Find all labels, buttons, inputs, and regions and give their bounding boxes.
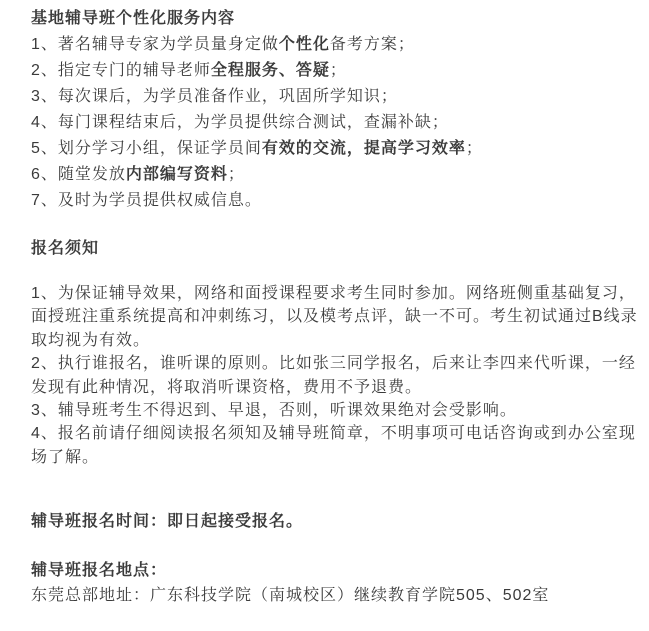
service-item-6-text: 6、随堂发放 — [31, 166, 126, 183]
service-item-4-text: 4、每门课程结束后，为学员提供综合测试，查漏补缺； — [31, 114, 449, 131]
service-item-3: 3、每次课后，为学员准备作业，巩固所学知识； — [31, 84, 639, 110]
service-item-5: 5、划分学习小组，保证学员间有效的交流，提高学习效率； — [31, 136, 639, 162]
signup-location-address: 东莞总部地址：广东科技学院（南城校区）继续教育学院505、502室 — [31, 584, 639, 607]
service-item-6-tail: ； — [228, 166, 245, 183]
notice-line-2: 面授班注重系统提高和冲刺练习，以及模考点评，缺一不可。考生初试通过B线录 — [31, 305, 639, 328]
service-section-title: 基地辅导班个性化服务内容 — [31, 6, 639, 32]
notice-section: 报名须知 1、为保证辅导效果，网络和面授课程要求考生同时参加。网络班侧重基础复习… — [31, 236, 639, 469]
notice-line-6: 3、辅导班考生不得迟到、早退，否则，听课效果绝对会受影响。 — [31, 399, 639, 422]
notice-line-1: 1、为保证辅导效果，网络和面授课程要求考生同时参加。网络班侧重基础复习， — [31, 282, 639, 305]
service-item-7-text: 7、及时为学员提供权威信息。 — [31, 192, 262, 209]
service-section: 基地辅导班个性化服务内容 1、著名辅导专家为学员量身定做个性化备考方案； 2、指… — [31, 6, 639, 214]
notice-line-7: 4、报名前请仔细阅读报名须知及辅导班简章，不明事项可电话咨询或到办公室现 — [31, 422, 639, 445]
signup-location-title: 辅导班报名地点： — [31, 558, 639, 584]
service-item-1: 1、著名辅导专家为学员量身定做个性化备考方案； — [31, 32, 639, 58]
service-item-3-text: 3、每次课后，为学员准备作业，巩固所学知识； — [31, 88, 398, 105]
notice-line-8: 场了解。 — [31, 446, 639, 469]
service-item-7: 7、及时为学员提供权威信息。 — [31, 188, 639, 214]
article-page: 基地辅导班个性化服务内容 1、著名辅导专家为学员量身定做个性化备考方案； 2、指… — [0, 0, 649, 631]
service-item-5-tail: ； — [466, 140, 483, 157]
service-item-2: 2、指定专门的辅导老师全程服务、答疑； — [31, 58, 639, 84]
service-item-1-tail: 备考方案； — [330, 36, 415, 53]
notice-body: 1、为保证辅导效果，网络和面授课程要求考生同时参加。网络班侧重基础复习， 面授班… — [31, 282, 639, 469]
service-item-1-bold: 个性化 — [279, 36, 330, 53]
service-item-2-tail: ； — [330, 62, 347, 79]
service-item-2-bold: 全程服务、答疑 — [211, 62, 330, 79]
service-item-6: 6、随堂发放内部编写资料； — [31, 162, 639, 188]
notice-line-3: 取均视为有效。 — [31, 329, 639, 352]
notice-line-5: 发现有此种情况，将取消听课资格，费用不予退费。 — [31, 376, 639, 399]
notice-line-4: 2、执行谁报名，谁听课的原则。比如张三同学报名，后来让李四来代听课，一经 — [31, 352, 639, 375]
notice-section-title: 报名须知 — [31, 236, 639, 262]
service-item-4: 4、每门课程结束后，为学员提供综合测试，查漏补缺； — [31, 110, 639, 136]
service-item-1-text: 1、著名辅导专家为学员量身定做 — [31, 36, 279, 53]
service-item-2-text: 2、指定专门的辅导老师 — [31, 62, 211, 79]
service-item-6-bold: 内部编写资料 — [126, 166, 228, 183]
signup-time-line: 辅导班报名时间：即日起接受报名。 — [31, 509, 639, 535]
service-item-5-bold: 有效的交流，提高学习效率 — [262, 140, 466, 157]
location-section: 辅导班报名地点： 东莞总部地址：广东科技学院（南城校区）继续教育学院505、50… — [31, 558, 639, 607]
service-item-5-text: 5、划分学习小组，保证学员间 — [31, 140, 262, 157]
